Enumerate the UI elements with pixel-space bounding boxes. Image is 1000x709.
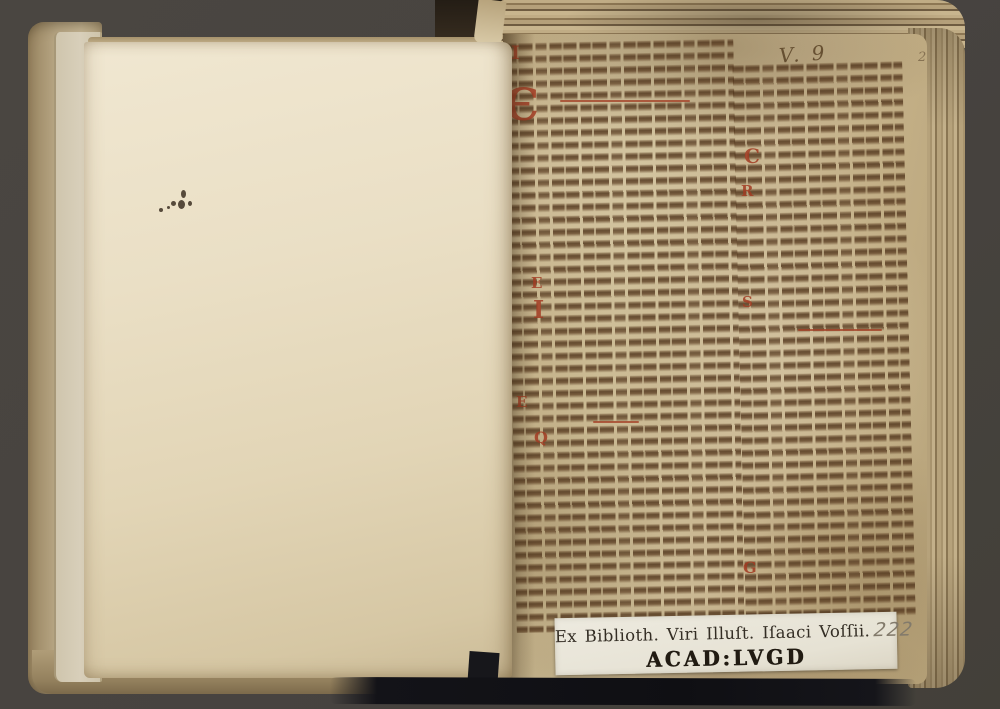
edge-pencil-mark: 2 [918, 50, 926, 65]
rubric-initial: S [742, 295, 753, 310]
parchment-tab [473, 0, 506, 46]
ink-spot [167, 206, 170, 209]
ink-spot [171, 201, 176, 206]
folio-mark: V. 9 [778, 40, 828, 67]
binding-shadow-band [330, 677, 916, 706]
ink-spot [178, 200, 185, 209]
ex-libris-printed: Ex Biblioth. Viri Illuſt. Iſaaci Voſſii. [555, 621, 871, 646]
rubric-initial: C [744, 146, 760, 166]
ink-spot [181, 190, 186, 198]
ink-spot [188, 201, 192, 206]
text-column-left [505, 37, 744, 633]
rubric-underline [560, 100, 690, 102]
right-page: IЄEIEQCRSG V. 9 [503, 34, 927, 684]
rubric-underline [798, 329, 882, 331]
rubric-initial: G [743, 560, 757, 576]
rubric-initial: Q [534, 430, 548, 446]
manuscript-photo: IЄEIEQCRSG V. 9 2 Ex Biblioth. Viri Illu… [0, 0, 1000, 709]
left-blank-page [84, 42, 512, 678]
library-label: Ex Biblioth. Viri Illuſt. Iſaaci Voſſii.… [554, 612, 897, 676]
text-column-right [732, 56, 916, 620]
ink-spot [159, 208, 163, 212]
rubric-underline [593, 421, 639, 423]
label-stamp-text: ACAD:LVGD [555, 642, 897, 674]
rubric-initial: R [741, 184, 753, 199]
shelf-number-handwritten: 222 [871, 618, 917, 641]
